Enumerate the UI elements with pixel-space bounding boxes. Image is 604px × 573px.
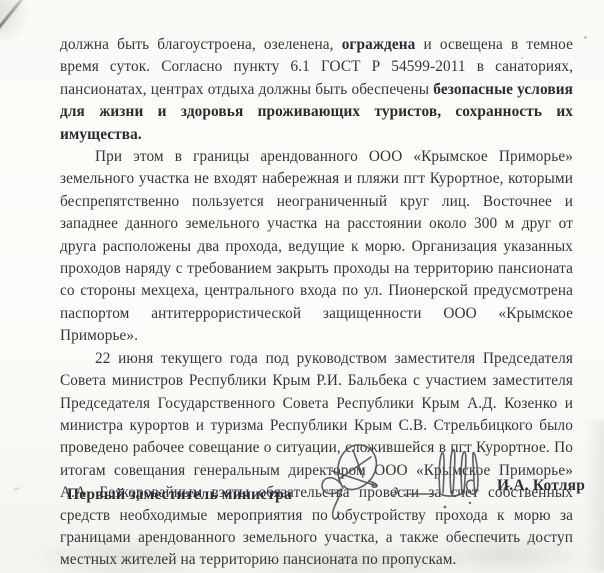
paragraph: должна быть благоустроена, озеленена, ог…: [60, 34, 573, 146]
scan-blotch: [585, 420, 604, 570]
signatory-name: И.А. Котляр: [497, 477, 585, 495]
paragraph: При этом в границы арендованного ООО «Кр…: [60, 146, 573, 348]
text-segment: При этом в границы арендованного ООО «Кр…: [60, 148, 573, 344]
signature-title: Первый заместитель министра: [67, 486, 292, 504]
scan-speckle: [584, 36, 587, 39]
text-segment: ограждена: [342, 36, 416, 53]
text-segment: должна быть благоустроена, озеленена,: [60, 36, 342, 53]
handwritten-signature-icon: [311, 436, 483, 524]
document-page: должна быть благоустроена, озеленена, ог…: [0, 0, 604, 573]
scan-speckle: [13, 487, 20, 491]
